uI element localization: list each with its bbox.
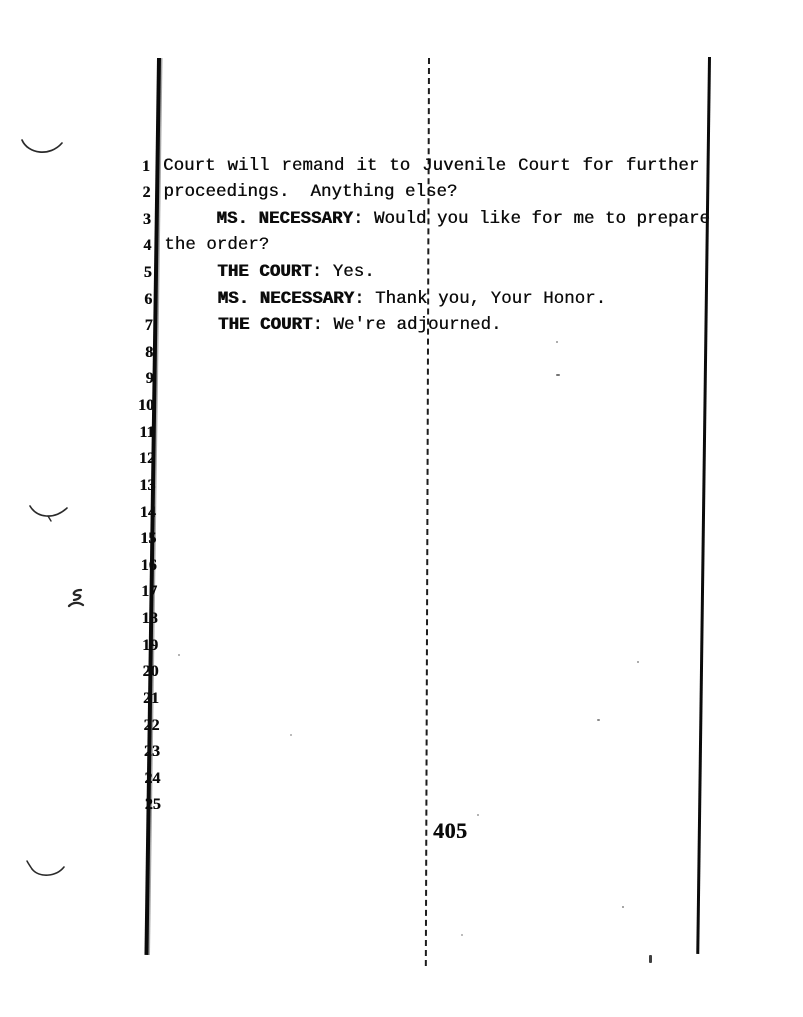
line-number: 24 xyxy=(120,765,160,792)
line-number: 23 xyxy=(120,738,160,765)
scan-speck xyxy=(637,661,639,663)
transcript-line: proceedings. Anything else? xyxy=(163,179,457,206)
scan-tick-mark xyxy=(649,955,652,963)
line-number: 11 xyxy=(115,419,155,446)
line-number: 16 xyxy=(117,552,157,579)
line-number: 25 xyxy=(121,791,161,818)
speaker-label: MS. NECESSARY xyxy=(218,289,355,309)
transcript-text xyxy=(165,262,218,282)
line-number: 7 xyxy=(113,312,153,339)
transcript-text xyxy=(165,289,218,309)
line-number: 21 xyxy=(119,685,159,712)
transcript-text xyxy=(165,315,218,335)
transcript-line: the order? xyxy=(164,232,269,259)
pen-arc-mid-left-icon xyxy=(27,500,71,528)
right-margin-rule xyxy=(696,57,710,954)
transcript-text: : Would you like for me to prepare xyxy=(353,209,710,229)
line-number: 9 xyxy=(114,365,154,392)
scan-speck xyxy=(597,719,600,721)
transcript-line: MS. NECESSARY: Would you like for me to … xyxy=(164,206,710,233)
pen-arc-top-left-icon xyxy=(18,135,66,163)
line-number: 2 xyxy=(110,179,150,206)
pen-scribble-mid-left-icon xyxy=(64,587,90,611)
transcript-text: the order? xyxy=(164,235,269,255)
scan-speck xyxy=(461,934,463,936)
line-number: 18 xyxy=(118,605,158,632)
scan-speck xyxy=(556,341,558,343)
scan-speck xyxy=(290,734,292,736)
line-number: 4 xyxy=(111,232,151,259)
transcript-text: : We're adjourned. xyxy=(312,315,501,335)
transcript-line: THE COURT: Yes. xyxy=(165,259,375,286)
transcript-page: 1Court will remand it to Juvenile Court … xyxy=(0,0,803,1017)
line-number: 8 xyxy=(113,339,153,366)
line-number: 1 xyxy=(110,153,150,180)
scan-speck xyxy=(477,814,479,816)
line-number: 6 xyxy=(112,286,152,313)
transcript-text: Court will remand it to Juvenile Court f… xyxy=(163,156,699,176)
scan-speck xyxy=(556,374,560,376)
transcript-line: THE COURT: We're adjourned. xyxy=(165,312,501,339)
line-number: 17 xyxy=(117,578,157,605)
line-number: 5 xyxy=(112,259,152,286)
scan-speck xyxy=(622,906,624,908)
line-number: 19 xyxy=(118,632,158,659)
pen-arc-bottom-left-icon xyxy=(22,857,68,885)
line-number: 14 xyxy=(116,499,156,526)
speaker-label: THE COURT xyxy=(218,315,313,335)
speaker-label: THE COURT xyxy=(217,262,312,282)
speaker-label: MS. NECESSARY xyxy=(216,209,353,229)
transcript-text xyxy=(164,209,217,229)
page-number: 405 xyxy=(433,818,468,844)
line-number: 12 xyxy=(115,445,155,472)
line-number: 20 xyxy=(119,658,159,685)
scan-speck xyxy=(178,654,180,656)
transcript-line: Court will remand it to Juvenile Court f… xyxy=(163,153,699,180)
transcript-text: : Yes. xyxy=(312,262,375,282)
line-number: 22 xyxy=(119,712,159,739)
line-number: 3 xyxy=(111,206,151,233)
line-number: 15 xyxy=(116,525,156,552)
line-number: 13 xyxy=(115,472,155,499)
line-number: 10 xyxy=(114,392,154,419)
transcript-line: MS. NECESSARY: Thank you, Your Honor. xyxy=(165,286,606,313)
transcript-text: : Thank you, Your Honor. xyxy=(354,289,606,309)
transcript-text: proceedings. Anything else? xyxy=(163,182,457,202)
